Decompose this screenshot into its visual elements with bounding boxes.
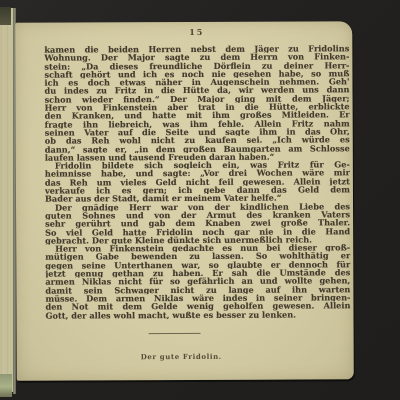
paragraph: Fridolin bildete sich sogleich ein, was …: [45, 160, 350, 203]
running-footer-title: Der gute Fridolin.: [141, 352, 222, 361]
paragraph: Herr von Finkenstein gedachte es nun bei…: [45, 243, 350, 319]
section-divider-rule: [149, 333, 201, 334]
book-page-edges: [0, 8, 14, 392]
paragraph: kamen die beiden Herren nebst dem Jäger …: [44, 44, 350, 161]
page-number: 15: [44, 26, 349, 37]
paragraph: Der gnädige Herr war von der kindlichen …: [45, 202, 350, 245]
book-cover-edge-bottom: [0, 374, 12, 397]
book-cover-edge-top: [0, 7, 11, 25]
text-block: kamen die beiden Herren nebst dem Jäger …: [44, 44, 350, 319]
book-page: 15 kamen die beiden Herren nebst dem Jäg…: [15, 21, 354, 380]
text-line: Gott, der alles wohl macht, wußte es bes…: [45, 310, 350, 320]
